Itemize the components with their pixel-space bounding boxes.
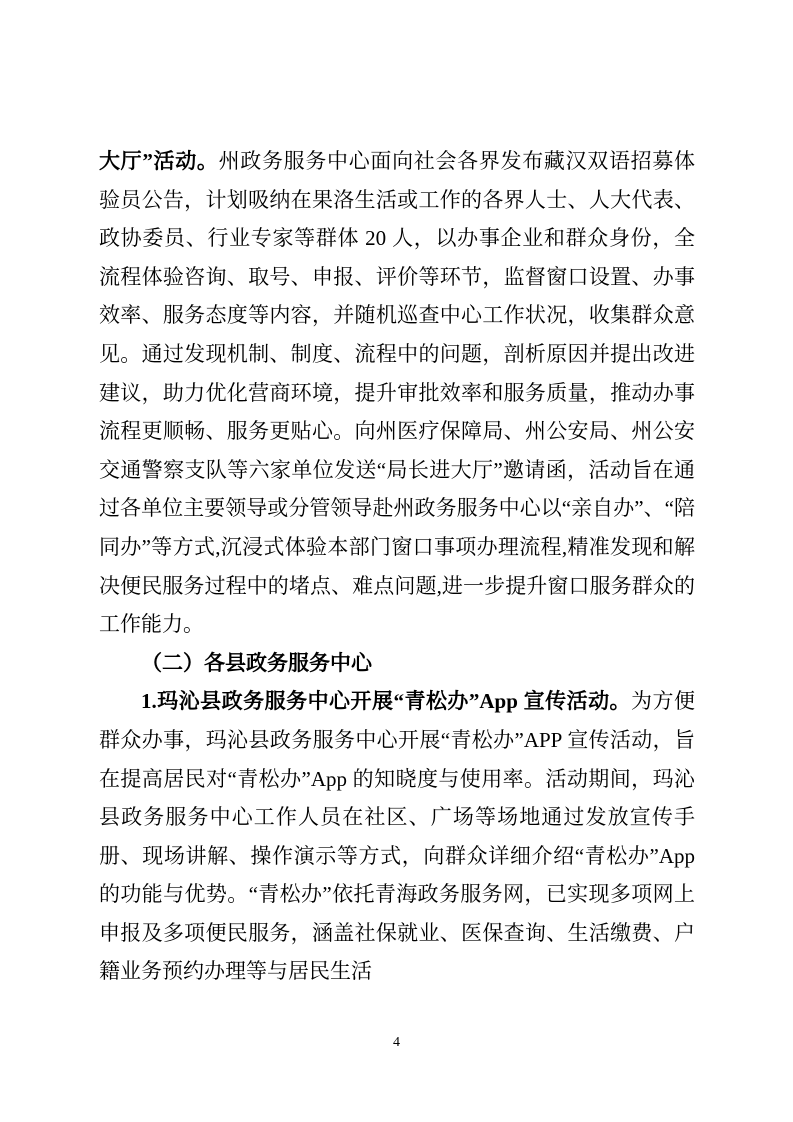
continued-paragraph: 大厅”活动。州政务服务中心面向社会各界发布藏汉双语招募体验员公告，计划吸纳在果洛… — [99, 142, 695, 644]
document-body: 大厅”活动。州政务服务中心面向社会各界发布藏汉双语招募体验员公告，计划吸纳在果洛… — [99, 142, 695, 991]
item-paragraph: 1.玛沁县政务服务中心开展“青松办”App 宣传活动。为方便群众办事，玛沁县政务… — [99, 682, 695, 991]
page-number: 4 — [0, 1035, 793, 1051]
document-page: 大厅”活动。州政务服务中心面向社会各界发布藏汉双语招募体验员公告，计划吸纳在果洛… — [0, 0, 793, 1122]
paragraph-2-text: 为方便群众办事，玛沁县政务服务中心开展“青松办”APP 宣传活动，旨在提高居民对… — [99, 689, 695, 983]
section-heading: （二）各县政务服务中心 — [99, 644, 695, 683]
paragraph-1-bold-lead: 大厅”活动。 — [99, 149, 219, 173]
paragraph-1-text: 州政务服务中心面向社会各界发布藏汉双语招募体验员公告，计划吸纳在果洛生活或工作的… — [99, 149, 695, 636]
paragraph-2-bold-lead: 1.玛沁县政务服务中心开展“青松办”App 宣传活动。 — [141, 689, 631, 713]
